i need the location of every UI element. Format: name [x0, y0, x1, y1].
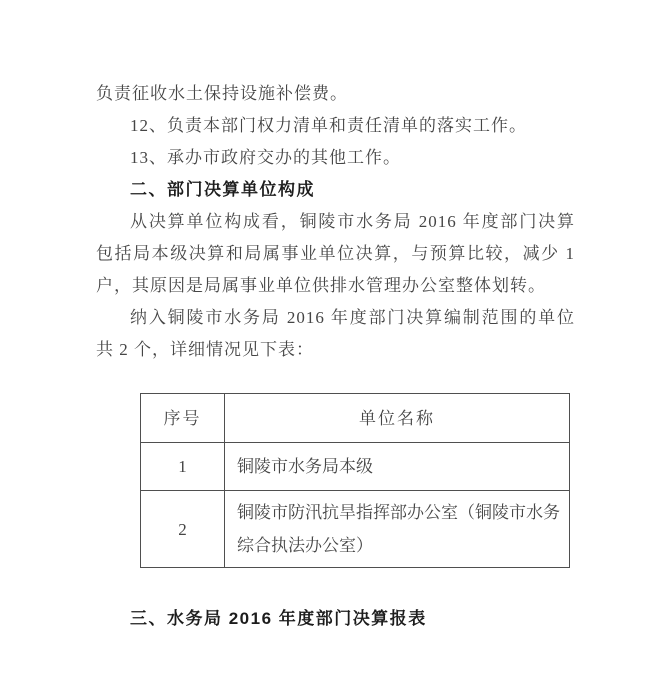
budget-units-table: 序号 单位名称 1 铜陵市水务局本级 2 铜陵市防汛抗旱指挥部办公室（铜陵市水务… — [140, 393, 570, 568]
paragraph-composition-line-2: 包括局本级决算和局属事业单位决算，与预算比较，减少 1 — [96, 238, 575, 270]
cell-seq-1: 1 — [141, 443, 225, 491]
document-page: 负责征收水土保持设施补偿费。 12、负责本部门权力清单和责任清单的落实工作。 1… — [0, 0, 670, 685]
list-item-13: 13、承办市政府交办的其他工作。 — [96, 142, 575, 174]
paragraph-scope-line-1: 纳入铜陵市水务局 2016 年度部门决算编制范围的单位 — [96, 302, 575, 334]
cell-unit-name-2: 铜陵市防汛抗旱指挥部办公室（铜陵市水务综合执法办公室） — [225, 491, 570, 568]
cell-seq-2: 2 — [141, 491, 225, 568]
list-item-12: 12、负责本部门权力清单和责任清单的落实工作。 — [96, 110, 575, 142]
section-heading-unit-composition: 二、部门决算单位构成 — [96, 174, 575, 206]
paragraph-composition-line-1: 从决算单位构成看，铜陵市水务局 2016 年度部门决算 — [96, 206, 575, 238]
table-row: 2 铜陵市防汛抗旱指挥部办公室（铜陵市水务综合执法办公室） — [141, 491, 570, 568]
column-header-unit-name: 单位名称 — [225, 394, 570, 443]
cell-unit-name-1: 铜陵市水务局本级 — [225, 443, 570, 491]
section-heading-report-tables: 三、水务局 2016 年度部门决算报表 — [96, 603, 575, 635]
paragraph-continuation-line: 负责征收水土保持设施补偿费。 — [96, 78, 575, 110]
table-header-row: 序号 单位名称 — [141, 394, 570, 443]
column-header-seq: 序号 — [141, 394, 225, 443]
paragraph-scope-line-2: 共 2 个，详细情况见下表： — [96, 334, 575, 366]
paragraph-composition-line-3: 户，其原因是局属事业单位供排水管理办公室整体划转。 — [96, 270, 575, 302]
table-row: 1 铜陵市水务局本级 — [141, 443, 570, 491]
